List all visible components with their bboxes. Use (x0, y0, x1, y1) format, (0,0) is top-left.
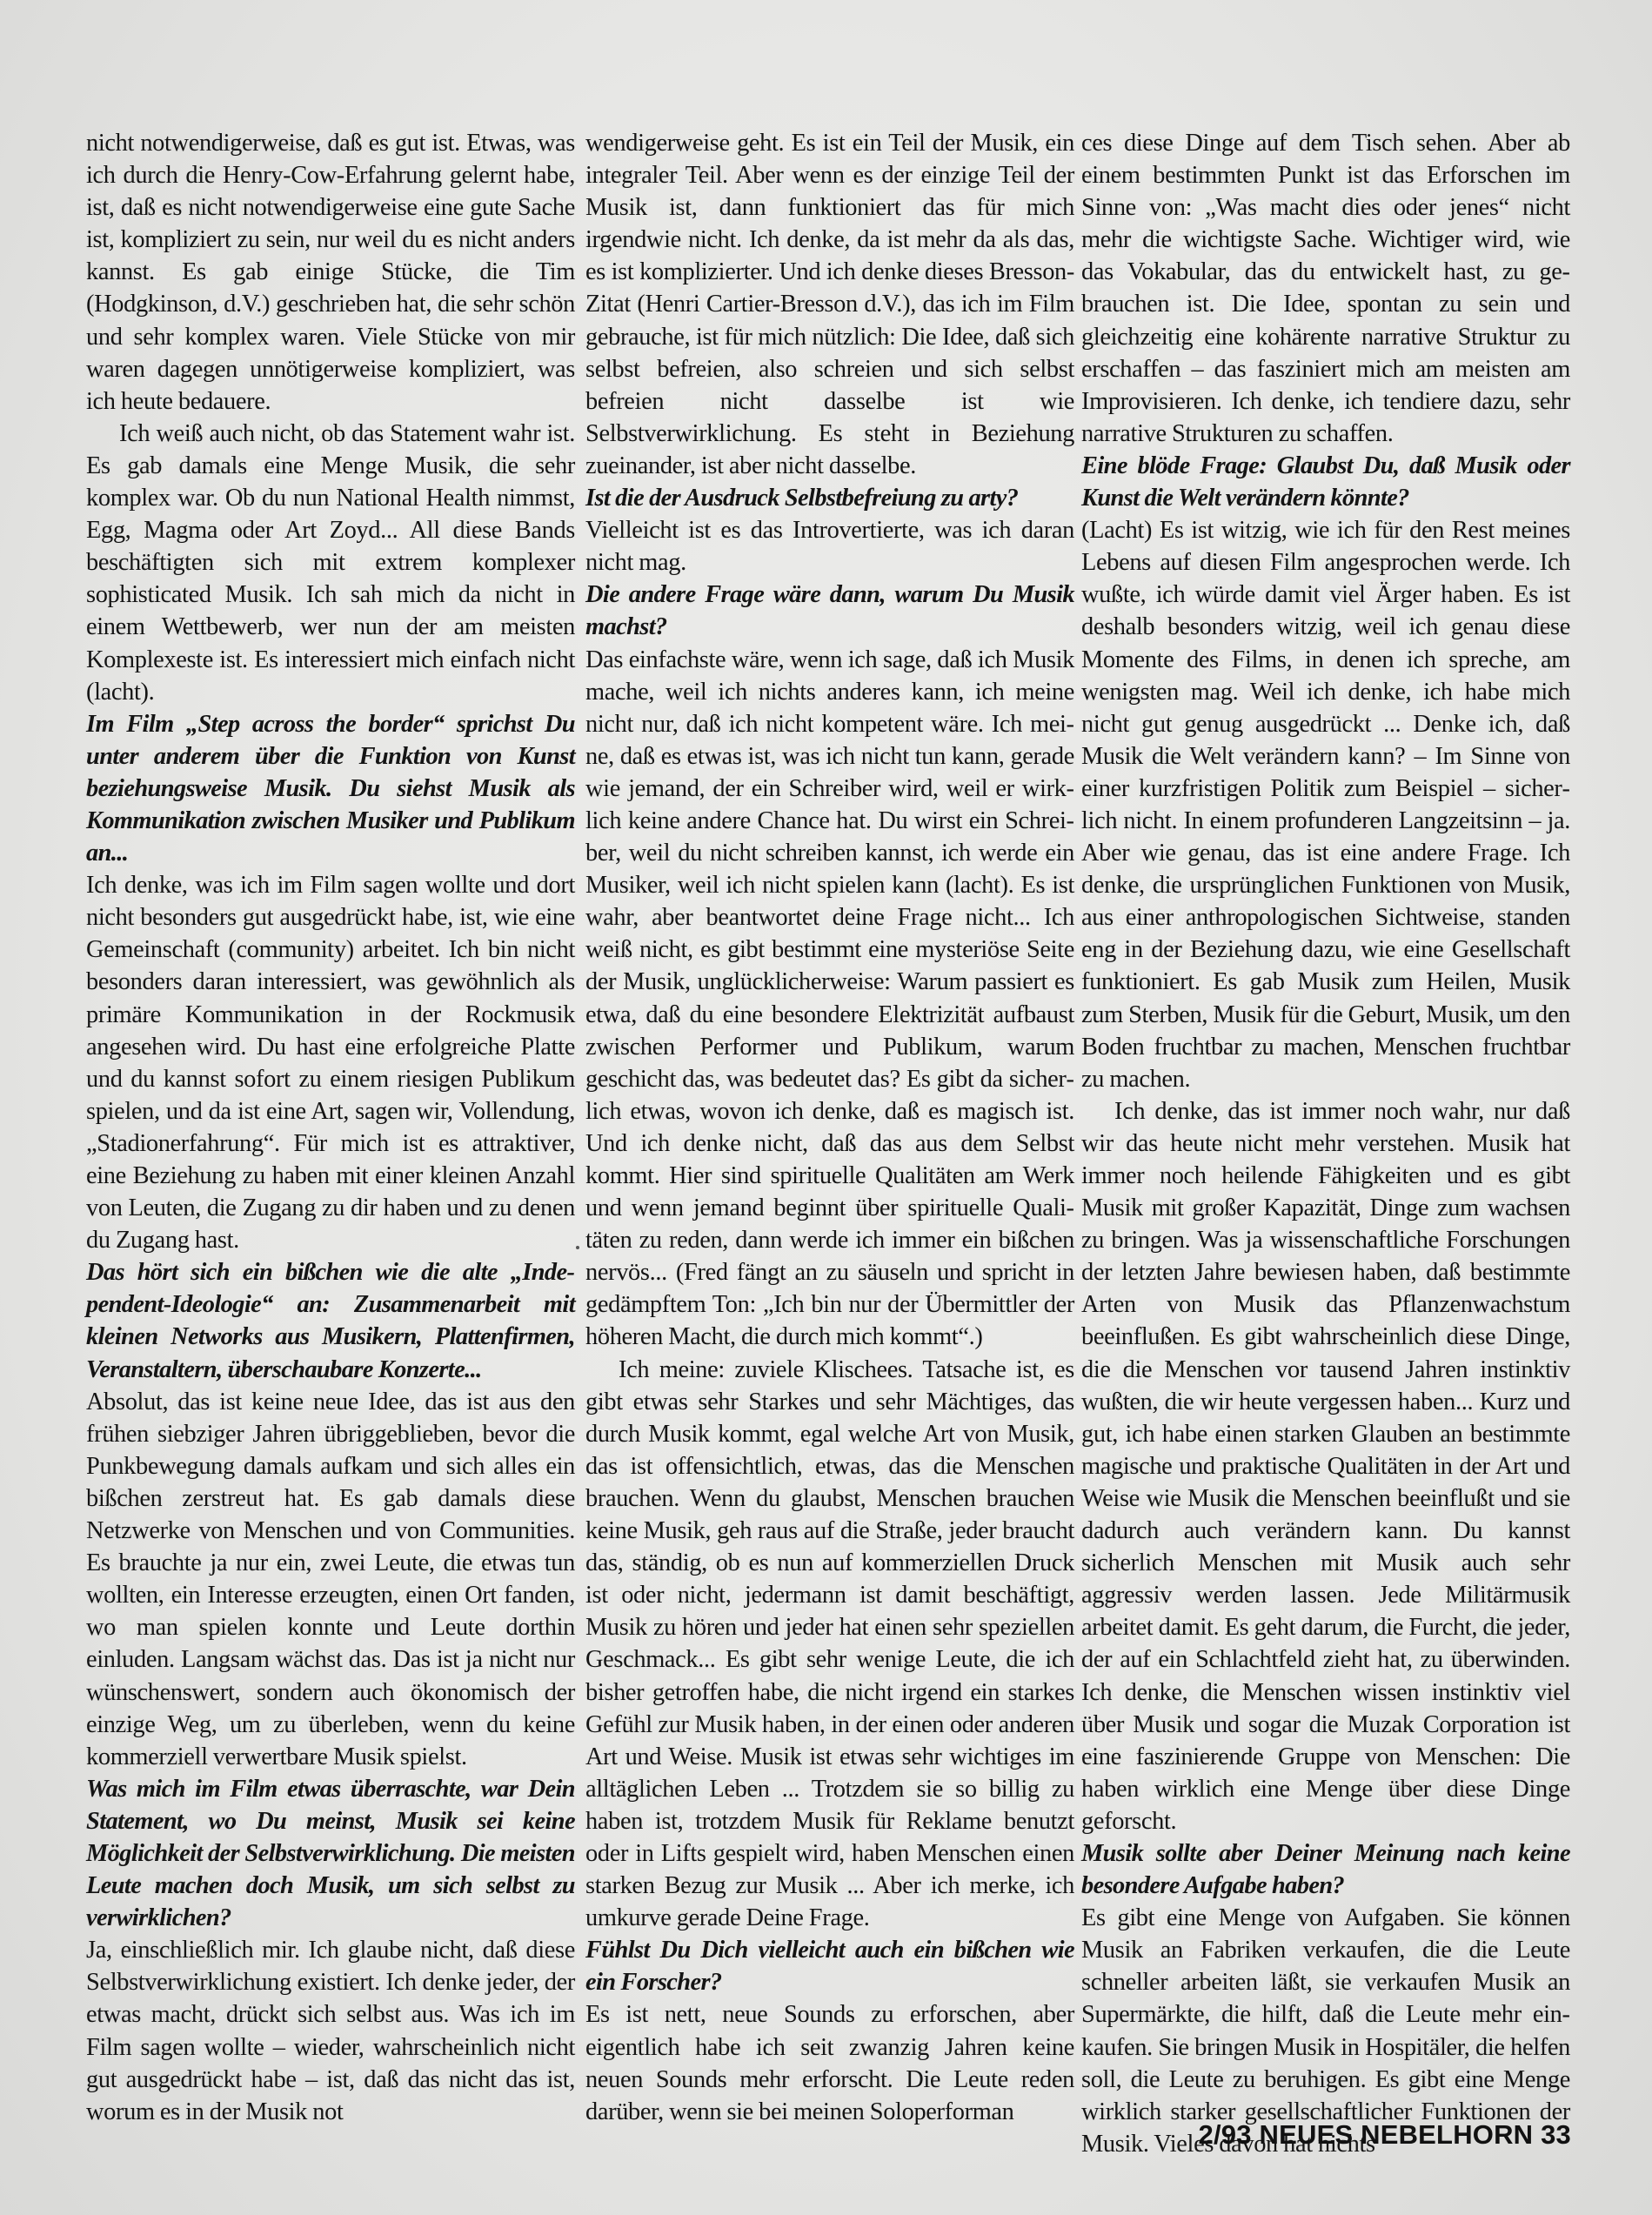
paragraph: Ja, einschließlich mir. Ich glaube nicht… (86, 1934, 575, 2128)
paragraph: Absolut, das ist keine neue Idee, das is… (86, 1386, 575, 1773)
paragraph: nicht notwendigerweise, daß es gut ist. … (86, 127, 575, 418)
paragraph: wendigerweise geht. Es ist ein Teil der … (585, 127, 1074, 482)
paragraph: Ich denke, das ist immer noch wahr, nur … (1081, 1095, 1570, 1837)
paragraph: Ich weiß auch nicht, ob das Statement wa… (86, 418, 575, 708)
interview-question: Im Film „Step across the border“ sprichs… (86, 708, 575, 869)
page-footer: 2/93 NEUES NEBELHORN 33 (1199, 2119, 1571, 2151)
interview-question: Ist die der Ausdruck Selbstbefreiung zu … (585, 482, 1074, 514)
paragraph: Es ist nett, neue Sounds zu erforschen, … (585, 1998, 1074, 2127)
interview-question: Musik sollte aber Deiner Meinung nach ke… (1081, 1837, 1570, 1902)
paragraph: Das einfachste wäre, wenn ich sage, daß … (585, 644, 1074, 1354)
paragraph: Ich denke, was ich im Film sagen wollte … (86, 869, 575, 1256)
interview-question: Eine blöde Frage: Glaubst Du, daß Musik … (1081, 450, 1570, 514)
scan-speck (576, 1246, 579, 1249)
interview-question: Was mich im Film etwas überraschte, war … (86, 1773, 575, 1934)
paragraph: Ich meine: zuviele Klischees. Tatsache i… (585, 1354, 1074, 1935)
paragraph: ces diese Dinge auf dem Tisch sehen. Abe… (1081, 127, 1570, 450)
page-number: 33 (1541, 2119, 1571, 2150)
paragraph: (Lacht) Es ist witzig, wie ich für den R… (1081, 514, 1570, 1095)
issue-number: 2/93 (1199, 2119, 1252, 2150)
interview-question: Fühlst Du Dich vielleicht auch ein bißch… (585, 1934, 1074, 1998)
text-column-1: nicht notwendigerweise, daß es gut ist. … (86, 127, 575, 2128)
paragraph: Vielleicht ist es das Introvertierte, wa… (585, 514, 1074, 579)
text-column-3: ces diese Dinge auf dem Tisch sehen. Abe… (1081, 127, 1570, 2160)
magazine-page: nicht notwendigerweise, daß es gut ist. … (0, 0, 1652, 2215)
interview-question: Die andere Frage wäre dann, warum Du Mu­… (585, 579, 1074, 643)
magazine-title: NEUES NEBELHORN (1260, 2119, 1534, 2150)
text-column-2: wendigerweise geht. Es ist ein Teil der … (585, 127, 1074, 2128)
interview-question: Das hört sich ein bißchen wie die alte „… (86, 1256, 575, 1385)
